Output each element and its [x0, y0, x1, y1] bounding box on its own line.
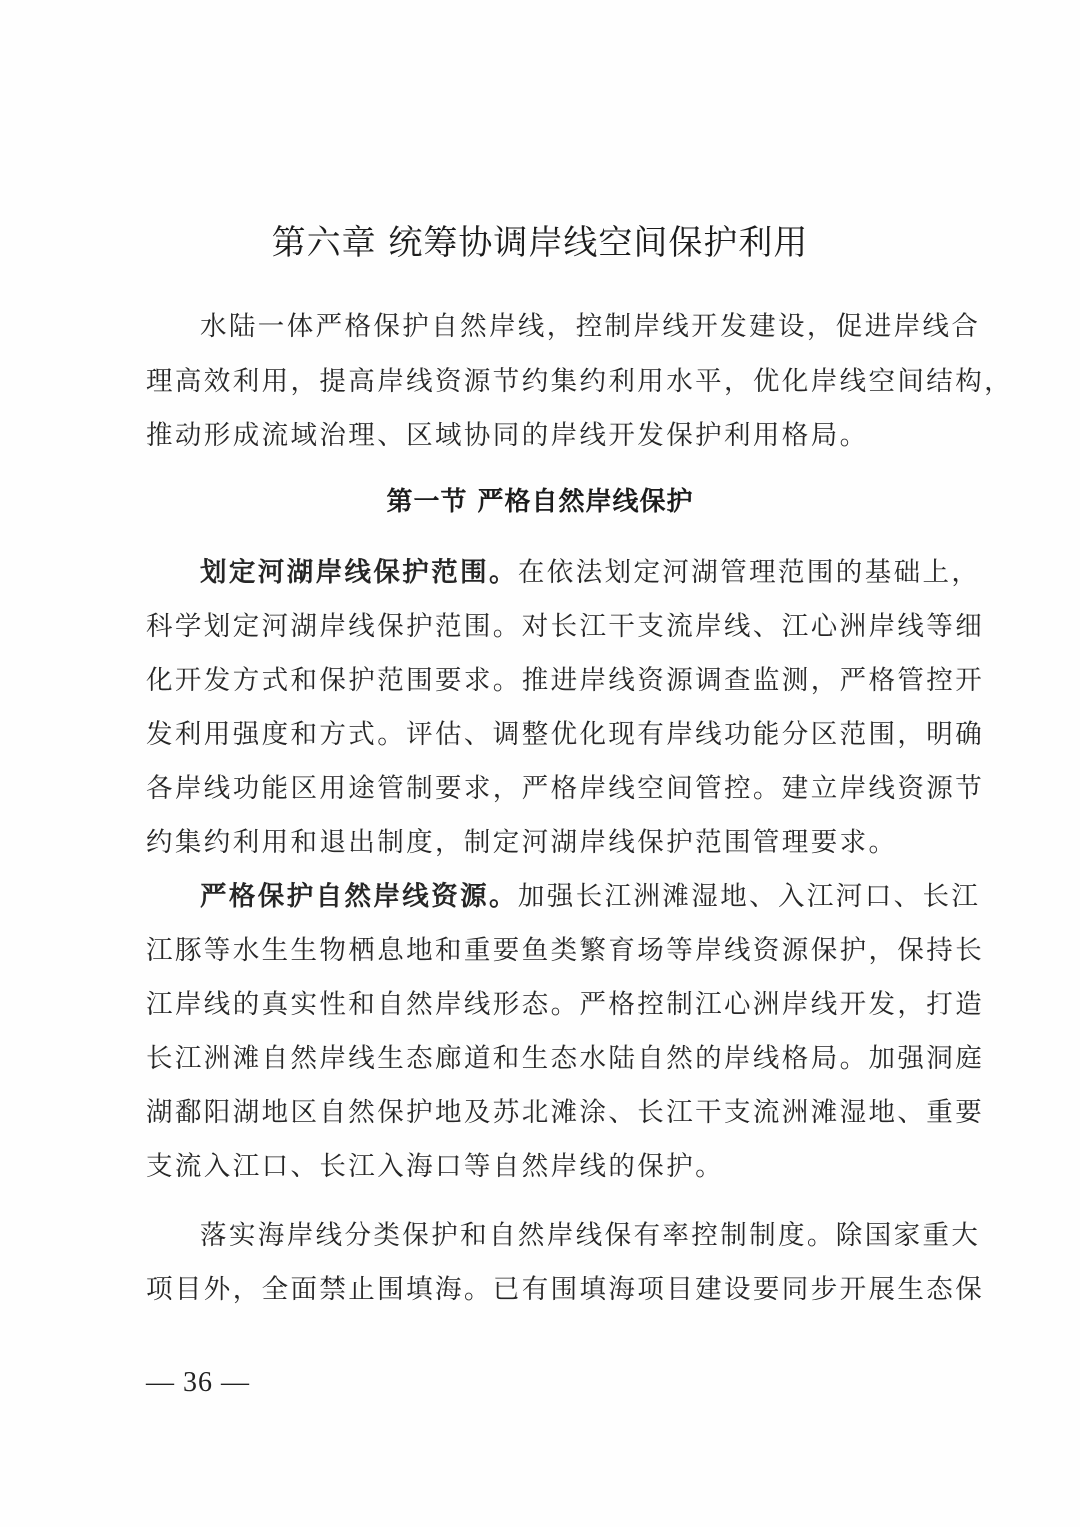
paragraph1-line-1: 划定河湖岸线保护范围。在依法划定河湖管理范围的基础上， — [200, 553, 936, 593]
paragraph2-line-2: 江豚等水生生物栖息地和重要鱼类繁育场等岸线资源保护，保持长 — [146, 931, 936, 971]
paragraph2-line-6: 支流入江口、长江入海口等自然岸线的保护。 — [146, 1147, 936, 1187]
document-page: 第六章 统筹协调岸线空间保护利用 水陆一体严格保护自然岸线，控制岸线开发建设，促… — [0, 0, 1080, 1527]
paragraph1-line-6: 约集约利用和退出制度，制定河湖岸线保护范围管理要求。 — [146, 823, 936, 863]
intro-line-2: 理高效利用，提高岸线资源节约集约利用水平，优化岸线空间结构， — [146, 362, 936, 402]
paragraph2-line-3: 江岸线的真实性和自然岸线形态。严格控制江心洲岸线开发，打造 — [146, 985, 936, 1025]
intro-line-1: 水陆一体严格保护自然岸线，控制岸线开发建设，促进岸线合 — [200, 307, 936, 347]
paragraph2-line-5: 湖鄱阳湖地区自然保护地及苏北滩涂、长江干支流洲滩湿地、重要 — [146, 1093, 936, 1133]
paragraph1-line-4: 发利用强度和方式。评估、调整优化现有岸线功能分区范围，明确 — [146, 715, 936, 755]
paragraph2-lead: 严格保护自然岸线资源。 — [200, 881, 518, 912]
paragraph3-line-1: 落实海岸线分类保护和自然岸线保有率控制制度。除国家重大 — [200, 1216, 936, 1256]
paragraph3-line-2: 项目外，全面禁止围填海。已有围填海项目建设要同步开展生态保 — [146, 1270, 936, 1310]
paragraph2-line-1: 严格保护自然岸线资源。加强长江洲滩湿地、入江河口、长江 — [200, 877, 936, 917]
paragraph1-line-3: 化开发方式和保护范围要求。推进岸线资源调查监测，严格管控开 — [146, 661, 936, 701]
paragraph1-line-2: 科学划定河湖岸线保护范围。对长江干支流岸线、江心洲岸线等细 — [146, 607, 936, 647]
section-title: 第一节 严格自然岸线保护 — [0, 482, 1080, 522]
paragraph1-first-line-rest: 在依法划定河湖管理范围的基础上， — [518, 557, 980, 588]
intro-line-3: 推动形成流域治理、区域协同的岸线开发保护利用格局。 — [146, 416, 936, 456]
paragraph1-lead: 划定河湖岸线保护范围。 — [200, 557, 518, 588]
paragraph2-line-4: 长江洲滩自然岸线生态廊道和生态水陆自然的岸线格局。加强洞庭 — [146, 1039, 936, 1079]
paragraph2-first-line-rest: 加强长江洲滩湿地、入江河口、长江 — [518, 881, 980, 912]
chapter-title: 第六章 统筹协调岸线空间保护利用 — [0, 218, 1080, 268]
page-number: — 36 — — [146, 1365, 250, 1401]
paragraph1-line-5: 各岸线功能区用途管制要求，严格岸线空间管控。建立岸线资源节 — [146, 769, 936, 809]
